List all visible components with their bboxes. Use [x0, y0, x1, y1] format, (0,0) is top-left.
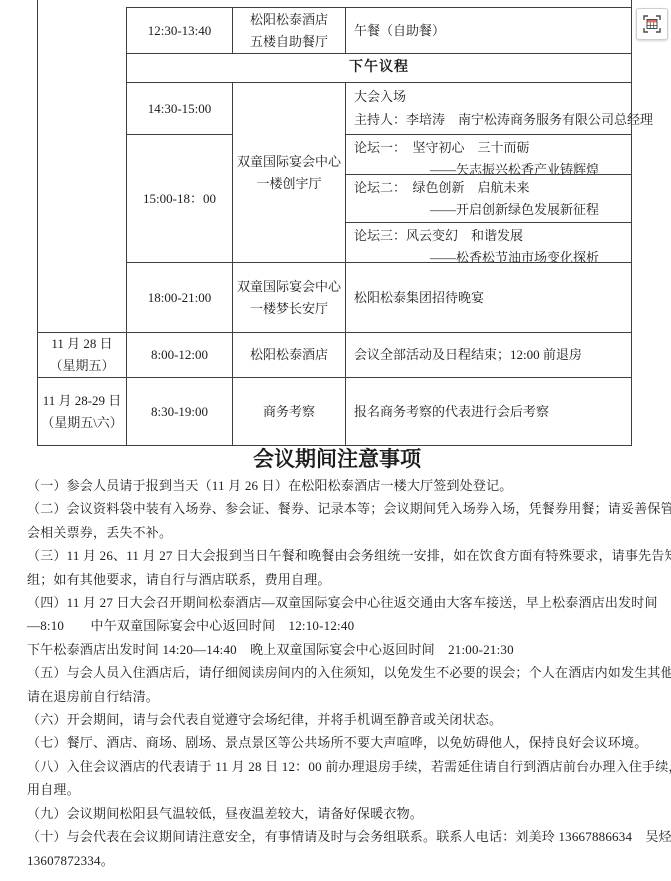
lunch-time: 12:30-13:40: [148, 20, 212, 42]
cell-opening-time: 14:30-15:00: [126, 82, 233, 135]
forums-time: 15:00-18：00: [143, 188, 216, 210]
note-line-5: 组；如有其他要求，请自行与酒店联系，费用自理。: [27, 568, 647, 591]
note-line-10: 请在退房前自行结清。: [27, 685, 647, 708]
cell-tour-date: 11 月 28-29 日 （星期五\六）: [37, 377, 127, 446]
forum-3-title: 论坛三：风云变幻 和谐发展: [354, 225, 523, 247]
afternoon-header-label: 下午议程: [349, 57, 409, 79]
lunch-location-line2: 五楼自助餐厅: [250, 31, 328, 53]
cell-banquet-time: 18:00-21:00: [126, 262, 233, 333]
table-select-icon: [643, 15, 661, 33]
forum-1-title: 论坛一： 坚守初心 三十而砺: [354, 137, 530, 159]
cell-lunch-location: 松阳松泰酒店 五楼自助餐厅: [232, 7, 346, 54]
banquet-time: 18:00-21:00: [148, 287, 212, 309]
cell-banquet-location: 双童国际宴会中心 一楼梦长安厅: [232, 262, 346, 333]
cell-forum-1: 论坛一： 坚守初心 三十而砺 ——矢志振兴松香产业铸辉煌: [345, 134, 632, 175]
banquet-location-line2: 一楼梦长安厅: [250, 298, 328, 320]
afternoon-venue-line2: 一楼创宇厅: [256, 173, 321, 195]
cell-forum-2: 论坛二： 绿色创新 启航未来 ——开启创新绿色发展新征程: [345, 174, 632, 223]
cell-lunch-content: 午餐（自助餐）: [345, 7, 632, 54]
forum-2-title: 论坛二： 绿色创新 启航未来: [354, 177, 530, 199]
note-line-12: （七）餐厅、酒店、商场、剧场、景点景区等公共场所不要大声喧哗，以免妨碍他人，保持…: [27, 731, 647, 754]
note-line-1: （一）参会人员请于报到当天（11 月 26 日）在松阳松泰酒店一楼大厅签到处登记…: [27, 474, 647, 497]
note-line-17: 13607872334。: [27, 849, 647, 872]
tour-time: 8:30-19:00: [151, 401, 208, 423]
checkout-date-line1: 11 月 28 日: [51, 333, 112, 355]
note-line-9: （五）与会人员入住酒店后，请仔细阅读房间内的入住须知，以免发生不必要的误会；个人…: [27, 661, 647, 684]
note-line-14: 用自理。: [27, 778, 647, 801]
note-line-4: （三）11 月 26、11 月 27 日大会报到当日午餐和晚餐由会务组统一安排，…: [27, 544, 647, 567]
checkout-date-line2: （星期五）: [49, 355, 114, 377]
note-line-16: （十）与会代表在会议期间请注意安全，有事情请及时与会务组联系。联系人电话：刘美玲…: [27, 825, 647, 848]
tour-date-line2: （星期五\六）: [41, 412, 123, 434]
note-line-15: （九）会议期间松阳县气温较低，昼夜温差较大，请备好保暖衣物。: [27, 802, 647, 825]
lunch-content: 午餐（自助餐）: [354, 20, 445, 42]
checkout-time: 8:00-12:00: [151, 344, 208, 366]
checkout-location: 松阳松泰酒店: [250, 344, 328, 366]
cell-afternoon-header: 下午议程: [126, 53, 632, 83]
cell-tour-location: 商务考察: [232, 377, 346, 446]
cell-tour-time: 8:30-19:00: [126, 377, 233, 446]
lunch-location-line1: 松阳松泰酒店: [250, 9, 328, 31]
cell-opening-content: 大会入场 主持人：李培涛 南宁松涛商务服务有限公司总经理: [345, 82, 632, 135]
note-line-11: （六）开会期间，请与会代表自觉遵守会场纪律，并将手机调至静音或关闭状态。: [27, 708, 647, 731]
forum-2-subtitle: ——开启创新绿色发展新征程: [430, 199, 599, 221]
opening-host: 主持人：李培涛 南宁松涛商务服务有限公司总经理: [354, 109, 653, 131]
banquet-content: 松阳松泰集团招待晚宴: [354, 287, 484, 309]
cell-forum-3: 论坛三：风云变幻 和谐发展 ——松香松节油市场变化探析: [345, 222, 632, 263]
note-line-2: （二）会议资料袋中装有入场券、参会证、餐券、记录本等；会议期间凭入场券入场，凭餐…: [27, 497, 647, 520]
cell-lunch-time: 12:30-13:40: [126, 7, 233, 54]
cell-banquet-content: 松阳松泰集团招待晚宴: [345, 262, 632, 333]
cell-checkout-time: 8:00-12:00: [126, 332, 233, 378]
note-line-7: —8:10 中午双童国际宴会中心返回时间 12:10-12:40: [27, 614, 647, 637]
banquet-location-line1: 双童国际宴会中心: [237, 276, 341, 298]
tour-location: 商务考察: [263, 401, 315, 423]
cell-checkout-location: 松阳松泰酒店: [232, 332, 346, 378]
note-line-6: （四）11 月 27 日大会召开期间松泰酒店—双童国际宴会中心往返交通由大客车接…: [27, 591, 647, 614]
notes-section: 会议期间注意事项 （一）参会人员请于报到当天（11 月 26 日）在松阳松泰酒店…: [27, 446, 647, 872]
afternoon-venue-line1: 双童国际宴会中心: [237, 151, 341, 173]
opening-title: 大会入场: [354, 86, 406, 108]
cell-tour-content: 报名商务考察的代表进行会后考察: [345, 377, 632, 446]
checkout-content: 会议全部活动及日程结束；12:00 前退房: [354, 344, 582, 366]
cell-forums-time: 15:00-18：00: [126, 134, 233, 263]
cell-checkout-date: 11 月 28 日 （星期五）: [37, 332, 127, 378]
opening-time: 14:30-15:00: [148, 98, 212, 120]
tour-date-line1: 11 月 28-29 日: [43, 390, 122, 412]
cell-afternoon-venue: 双童国际宴会中心 一楼创宇厅: [232, 82, 346, 263]
table-tool-button[interactable]: [636, 8, 668, 40]
note-line-13: （八）入住会议酒店的代表请于 11 月 28 日 12：00 前办理退房手续，若…: [27, 755, 647, 778]
cell-date-merged-empty: [37, 7, 127, 333]
cell-checkout-content: 会议全部活动及日程结束；12:00 前退房: [345, 332, 632, 378]
tour-content: 报名商务考察的代表进行会后考察: [354, 401, 549, 423]
note-line-3: 会相关票券，丢失不补。: [27, 521, 647, 544]
notes-title: 会议期间注意事项: [27, 446, 647, 474]
note-line-8: 下午松泰酒店出发时间 14:20—14:40 晚上双童国际宴会中心返回时间 21…: [27, 638, 647, 661]
document-page: 12:30-13:40 松阳松泰酒店 五楼自助餐厅 午餐（自助餐） 下午议程 1…: [0, 0, 671, 881]
